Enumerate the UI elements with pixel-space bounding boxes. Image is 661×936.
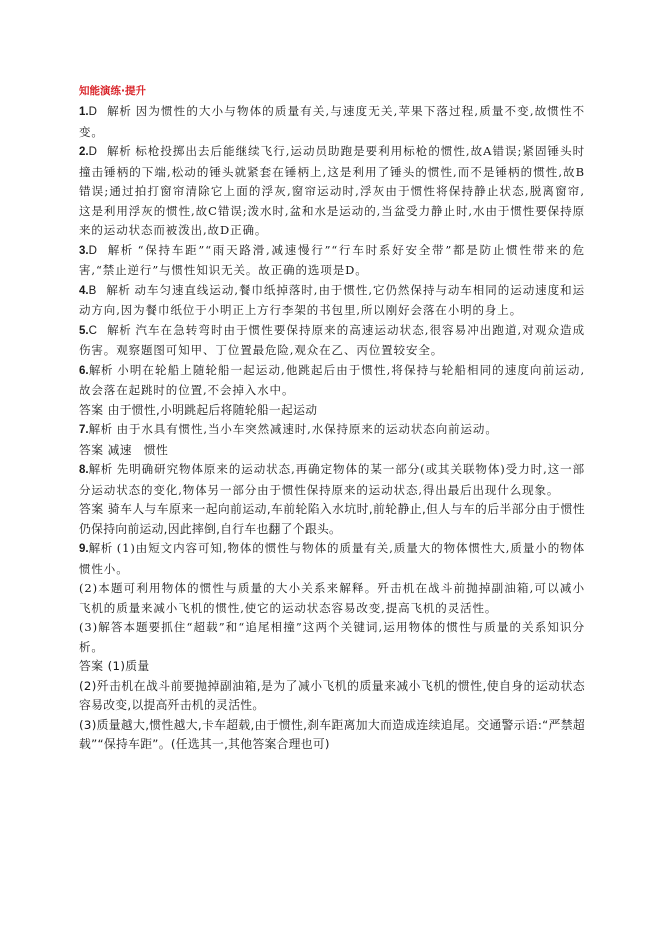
item-2: 2.D解析标枪投掷出去后能继续飞行,运动员助跑是要利用标枪的惯性,故A错误;紧固… bbox=[79, 142, 585, 241]
item-9: 9.解析(1)由短文内容可知,物体的惯性与物体的质量有关,质量大的物体惯性大,质… bbox=[79, 539, 585, 579]
item-9-answer-2: (2)歼击机在战斗前要抛掉副油箱,是为了减小飞机的质量来减小飞机的惯性,使自身的… bbox=[79, 677, 585, 716]
item-7-answer: 答案减速 惯性 bbox=[79, 441, 585, 461]
item-6-answer: 答案由于惯性,小明跳起后将随轮船一起运动 bbox=[79, 401, 585, 421]
item-9-answer: 答案(1)质量 bbox=[79, 657, 585, 677]
item-9-sub-2: (2)本题可利用物体的惯性与质量的大小关系来解释。歼击机在战斗前抛掉副油箱,可以… bbox=[79, 579, 585, 618]
item-3: 3.D解析“保持车距”“雨天路滑,减速慢行”“行车时系好安全带”都是防止惯性带来… bbox=[79, 241, 585, 281]
item-4: 4.B解析动车匀速直线运动,餐巾纸掉落时,由于惯性,它仍然保持与动车相同的运动速… bbox=[79, 281, 585, 321]
item-1: 1.D解析因为惯性的大小与物体的质量有关,与速度无关,苹果下落过程,质量不变,故… bbox=[79, 102, 585, 142]
item-6: 6.解析小明在轮船上随轮船一起运动,他跳起后由于惯性,将保持与轮船相同的速度向前… bbox=[79, 361, 585, 401]
item-8: 8.解析先明确研究物体原来的运动状态,再确定物体的某一部分(或其关联物体)受力时… bbox=[79, 460, 585, 500]
item-7: 7.解析由于水具有惯性,当小车突然减速时,水保持原来的运动状态向前运动。 bbox=[79, 420, 585, 441]
item-9-answer-3: (3)质量越大,惯性越大,卡车超载,由于惯性,刹车距离加大而造成连续追尾。交通警… bbox=[79, 716, 585, 755]
item-5: 5.C解析汽车在急转弯时由于惯性要保持原来的高速运动状态,很容易冲出跑道,对观众… bbox=[79, 321, 585, 361]
section-title: 知能演练·提升 bbox=[79, 84, 585, 100]
item-8-answer: 答案骑车人与车原来一起向前运动,车前轮陷入水坑时,前轮静止,但人与车的后半部分由… bbox=[79, 500, 585, 539]
answer-page: 知能演练·提升 1.D解析因为惯性的大小与物体的质量有关,与速度无关,苹果下落过… bbox=[79, 84, 585, 755]
item-9-sub-3: (3)解答本题要抓住“超载”和“追尾相撞”这两个关键词,运用物体的惯性与质量的关… bbox=[79, 618, 585, 657]
